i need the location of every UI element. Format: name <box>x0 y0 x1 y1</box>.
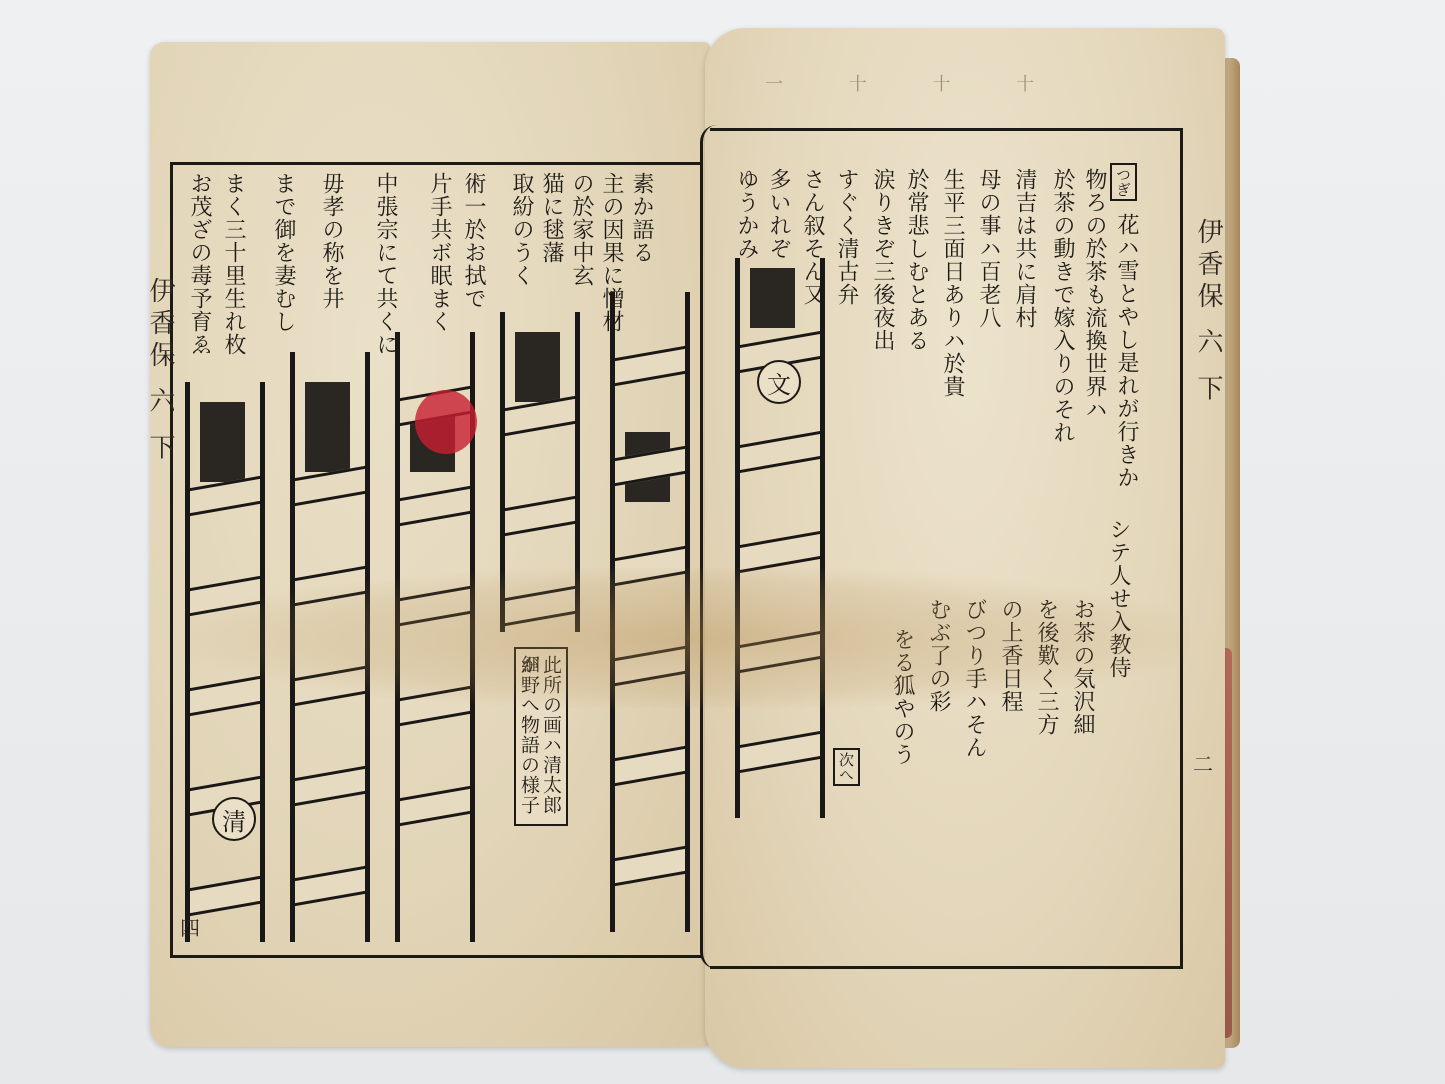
text-column: すぐく清古弁 <box>833 168 859 306</box>
text-column: 術一於お拭で <box>460 172 486 310</box>
water-stain <box>190 568 1190 708</box>
lattice-bar <box>735 258 825 818</box>
text-column: 物ろの於茶も流換世界ハ <box>1081 168 1107 421</box>
red-seal-stamp <box>415 390 477 454</box>
text-column: 片手共ボ眠まく <box>426 172 452 333</box>
text-column: 於常悲しむとある <box>903 168 929 352</box>
text-column: お茂ざの毒予育ゑ <box>186 172 212 356</box>
text-column: 素か語る <box>628 172 654 264</box>
text-column: 生平三面日ありハ於貴 <box>939 168 965 398</box>
circle-mark-bun: 文 <box>757 360 801 404</box>
boxed-label-tsugi: つぎ <box>1110 163 1137 201</box>
text-column: 母の事ハ百老八 <box>975 168 1001 329</box>
text-column: 花ハ雪とやし是れが行きか <box>1113 213 1139 489</box>
right-page-number: 二 <box>1193 748 1213 777</box>
continue-next-tag: 次へ <box>833 748 860 786</box>
text-column: 毋孝の称を井 <box>318 172 344 310</box>
circle-mark-kiyo: 清 <box>212 797 256 841</box>
text-column: 多いれぞ <box>765 168 791 260</box>
text-column: 取紛のうく <box>508 172 534 287</box>
open-book: 伊香保 六 下 素か語る 主の因果に憎材 の於家中玄 猫に毬藩 取紛のうく 術一… <box>150 28 1270 1068</box>
text-column: 清吉は共に肩村 <box>1011 168 1037 329</box>
left-margin-title: 伊香保 六 下 <box>142 277 179 466</box>
text-column: ゆうかみ <box>733 168 759 260</box>
right-margin-title: 伊香保 六 下 <box>1190 218 1227 407</box>
left-page-number: 四 <box>180 912 200 941</box>
text-column: 涙りきぞ三後夜出 <box>869 168 895 352</box>
faint-header-marks: 一 十 十 十 <box>765 70 1064 96</box>
text-column: 中張宗にて共くに <box>372 172 398 356</box>
text-column: まく三十里生れ枚 <box>220 172 246 356</box>
text-column: 於茶の動きで嫁入りのそれ <box>1049 168 1075 444</box>
text-column: の於家中玄 <box>568 172 594 287</box>
right-page: 一 十 十 十 伊香保 六 下 二 つぎ 花ハ雪とやし是れが行きか 物ろの於茶も… <box>705 28 1225 1068</box>
text-column: まで御を妻むし <box>270 172 296 333</box>
left-page: 伊香保 六 下 素か語る 主の因果に憎材 の於家中玄 猫に毬藩 取紛のうく 術一… <box>150 42 710 1047</box>
text-column: 猫に毬藩 <box>538 172 564 264</box>
